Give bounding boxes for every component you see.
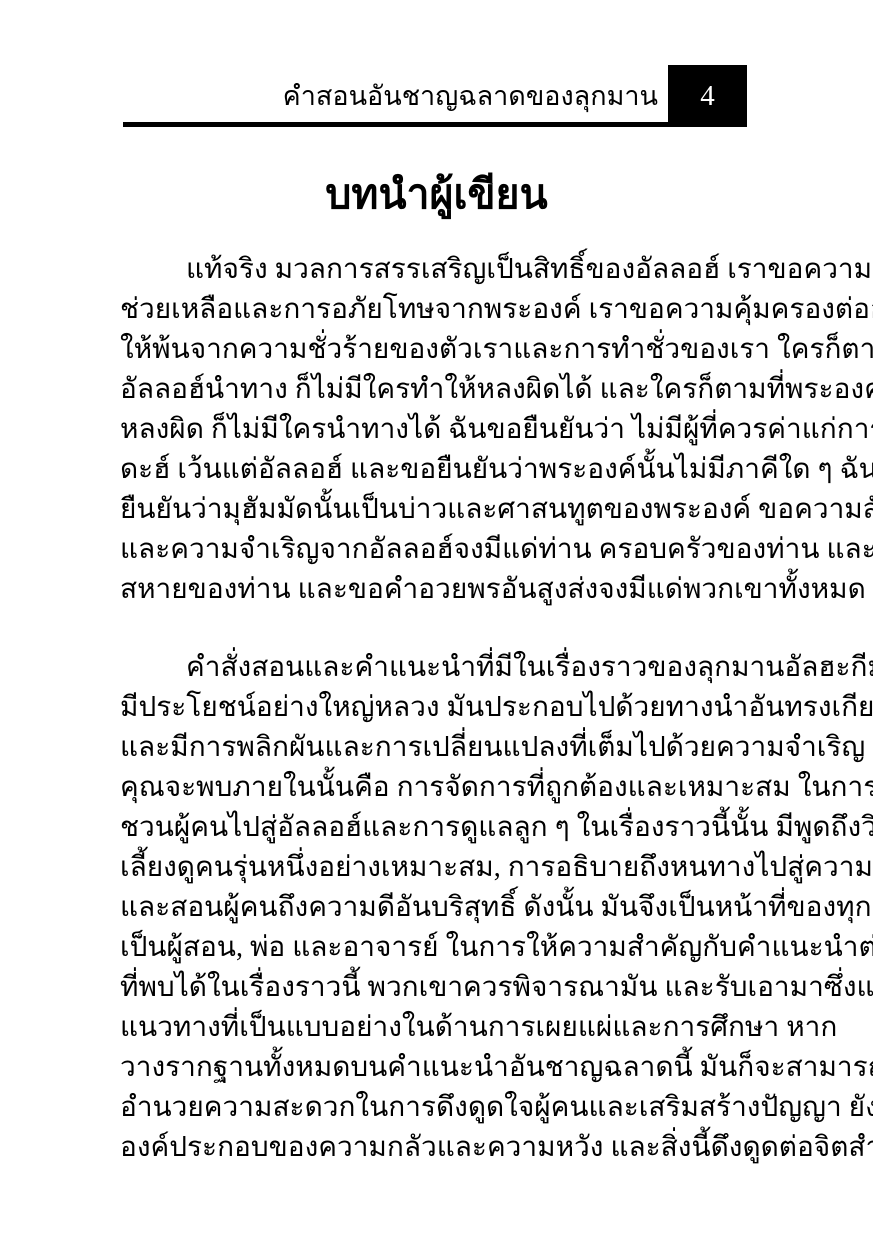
text-line: มีประโยชน์อย่างใหญ่หลวง มันประกอบไปด้วยท… (120, 688, 760, 728)
text-line: สหายของท่าน และขอคำอวยพรอันสูงส่งจงมีแด่… (120, 570, 760, 610)
text-line: ชวนผู้คนไปสู่อัลลอฮ์และการดูแลลูก ๆ ในเร… (120, 808, 760, 848)
text-line: อัลลอฮ์นำทาง ก็ไม่มีใครทำให้หลงผิดได้ แล… (120, 370, 760, 410)
section-title: บทนำผู้เขียน (0, 170, 873, 219)
book-page: คำสอนอันชาญฉลาดของลุกมาน 4 บทนำผู้เขียน … (0, 0, 873, 1240)
text-line: เป็นผู้สอน, พ่อ และอาจารย์ ในการให้ความส… (120, 928, 760, 968)
text-line: คุณจะพบภายในนั้นคือ การจัดการที่ถูกต้องแ… (120, 768, 760, 808)
text-line: ที่พบได้ในเรื่องราวนี้ พวกเขาควรพิจารณาม… (120, 968, 760, 1008)
text-line: ยืนยันว่ามุฮัมมัดนั้นเป็นบ่าวและศาสนทูตข… (120, 490, 760, 530)
text-line: ดะฮ์ เว้นแต่อัลลอฮ์ และขอยืนยันว่าพระองค… (120, 450, 760, 490)
text-line: วางรากฐานทั้งหมดบนคำแนะนำอันชาญฉลาดนี้ ม… (120, 1048, 760, 1088)
text-line: หลงผิด ก็ไม่มีใครนำทางได้ ฉันขอยืนยันว่า… (120, 410, 760, 450)
text-line: องค์ประกอบของความกลัวและความหวัง และสิ่ง… (120, 1128, 760, 1168)
page-header: คำสอนอันชาญฉลาดของลุกมาน 4 (123, 65, 747, 127)
body-text: แท้จริง มวลการสรรเสริญเป็นสิทธิ์ของอัลลอ… (120, 250, 760, 1168)
paragraph: แท้จริง มวลการสรรเสริญเป็นสิทธิ์ของอัลลอ… (120, 250, 760, 610)
text-line: ให้พ้นจากความชั่วร้ายของตัวเราและการทำชั… (120, 330, 760, 370)
text-line: แท้จริง มวลการสรรเสริญเป็นสิทธิ์ของอัลลอ… (120, 250, 760, 290)
text-line: ช่วยเหลือและการอภัยโทษจากพระองค์ เราขอคว… (120, 290, 760, 330)
paragraph: คำสั่งสอนและคำแนะนำที่มีในเรื่องราวของลุ… (120, 648, 760, 1168)
running-header-title: คำสอนอันชาญฉลาดของลุกมาน (283, 83, 658, 110)
page-number: 4 (700, 80, 715, 113)
text-line: แนวทางที่เป็นแบบอย่างในด้านการเผยแผ่และก… (120, 1008, 760, 1048)
text-line: และความจำเริญจากอัลลอฮ์จงมีแด่ท่าน ครอบค… (120, 530, 760, 570)
text-line: และมีการพลิกผันและการเปลี่ยนแปลงที่เต็มไ… (120, 728, 760, 768)
page-number-box: 4 (668, 65, 747, 127)
text-line: และสอนผู้คนถึงความดีอันบริสุทธิ์ ดังนั้น… (120, 888, 760, 928)
text-line: คำสั่งสอนและคำแนะนำที่มีในเรื่องราวของลุ… (120, 648, 760, 688)
header-rule: คำสอนอันชาญฉลาดของลุกมาน (123, 65, 668, 127)
text-line: อำนวยความสะดวกในการดึงดูดใจผู้คนและเสริม… (120, 1088, 760, 1128)
text-line: เลี้ยงดูคนรุ่นหนึ่งอย่างเหมาะสม, การอธิบ… (120, 848, 760, 888)
